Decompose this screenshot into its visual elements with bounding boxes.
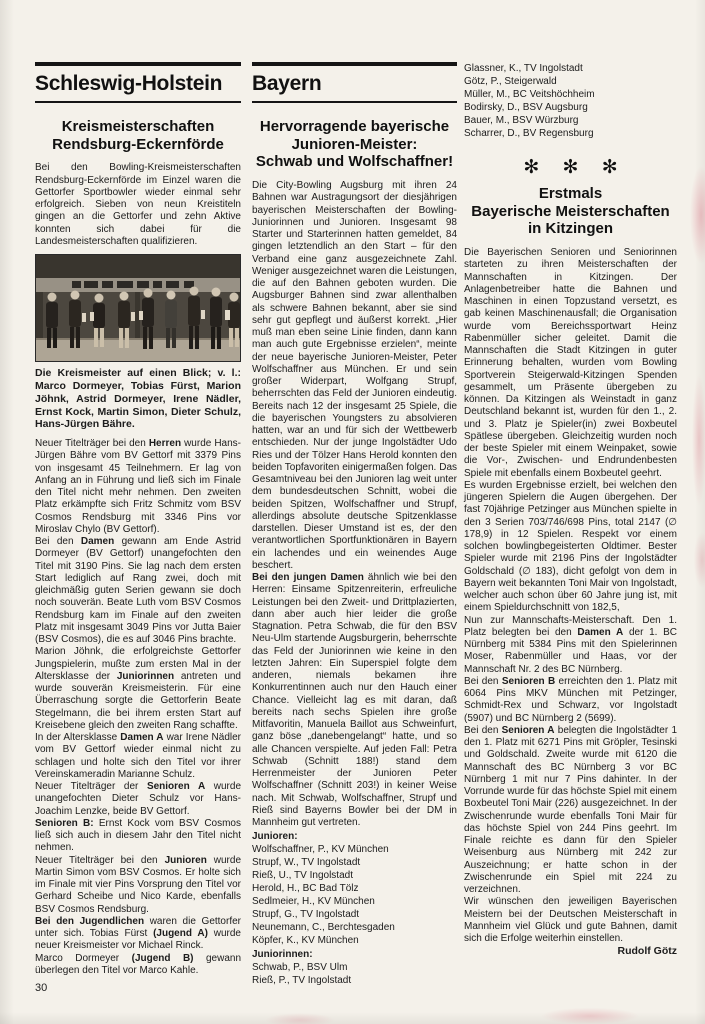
author-signature: Rudolf Götz	[464, 945, 677, 959]
magazine-page: Schleswig-Holstein KreismeisterschaftenR…	[0, 0, 705, 1024]
roster-name: Strupf, W., TV Ingolstadt	[252, 856, 457, 869]
divider-thick	[252, 62, 457, 66]
headline-line: in Kitzingen	[464, 220, 677, 238]
region-title: Schleswig-Holstein	[35, 73, 241, 95]
roster-name: Rieß, U., TV Ingolstadt	[252, 869, 457, 882]
headline-line: Junioren-Meister:	[252, 136, 457, 154]
headline-line: Bayerische Meisterschaften	[464, 203, 677, 221]
headline-line: Rendsburg-Eckernförde	[35, 136, 241, 154]
article-schleswig-holstein: Schleswig-Holstein KreismeisterschaftenR…	[35, 62, 241, 977]
roster-label-juniorinnen: Juniorinnen:	[252, 948, 457, 961]
roster-name: Bodirsky, D., BSV Augsburg	[464, 101, 677, 114]
paragraph: Bei den Senioren B erreichten den 1. Pla…	[464, 676, 677, 725]
paragraph: Bei den Bowling-Kreismeisterschaften Ren…	[35, 162, 241, 248]
roster-junioren: Wolfschaffner, P., KV MünchenStrupf, W.,…	[252, 843, 457, 947]
roster-juniorinnen: Schwab, P., BSV UlmRieß, P., TV Ingolsta…	[252, 961, 457, 987]
paragraph: Die Bayerischen Senioren und Seniorinnen…	[464, 247, 677, 480]
article-headline: ErstmalsBayerische Meisterschaftenin Kit…	[464, 185, 677, 238]
paragraph: Es wurden Ergebnisse erzielt, bei welche…	[464, 480, 677, 615]
paragraph: Bei den Damen gewann am Ende Astrid Dorm…	[35, 536, 241, 646]
roster-name: Wolfschaffner, P., KV München	[252, 843, 457, 856]
asterisk-ornament-icon: ✻ ✻ ✻	[464, 156, 677, 179]
region-header-bayern: Bayern	[252, 62, 457, 103]
paragraph: Die City-Bowling Augsburg mit ihren 24 B…	[252, 180, 457, 572]
paragraph: Neuer Titelträger bei den Junioren wurde…	[35, 855, 241, 916]
headline-line: Kreismeisterschaften	[35, 118, 241, 136]
region-title: Bayern	[252, 73, 457, 95]
roster-label-junioren: Junioren:	[252, 830, 457, 843]
roster-name: Herold, H., BC Bad Tölz	[252, 882, 457, 895]
roster-name: Strupf, G., TV Ingolstadt	[252, 908, 457, 921]
paragraph: Neuer Titelträger der Senioren A wurde u…	[35, 781, 241, 818]
paragraph: Senioren B: Ernst Kock vom BSV Cosmos li…	[35, 818, 241, 855]
divider-thick	[35, 62, 241, 66]
page-number: 30	[35, 982, 47, 994]
roster-name: Sedlmeier, H., KV München	[252, 895, 457, 908]
prizewinners-photo	[35, 254, 241, 362]
headline-line: Hervorragende bayerische	[252, 118, 457, 136]
roster-name: Köpfer, K., KV München	[252, 934, 457, 947]
paragraph: Wir wünschen den jeweiligen Bayerischen …	[464, 896, 677, 945]
photo-illustration	[36, 255, 241, 362]
paragraph: Marion Jöhnk, die erfolgreichste Gettorf…	[35, 646, 241, 732]
paragraph: In der Altersklasse Damen A war Irene Nä…	[35, 732, 241, 781]
roster-name: Neunemann, C., Berchtesgaden	[252, 921, 457, 934]
roster-name: Glassner, K., TV Ingolstadt	[464, 62, 677, 75]
roster-continued: Glassner, K., TV IngolstadtGötz, P., Ste…	[464, 62, 677, 140]
roster-name: Götz, P., Steigerwald	[464, 75, 677, 88]
roster-name: Bauer, M., BSV Würzburg	[464, 114, 677, 127]
region-header-schleswig-holstein: Schleswig-Holstein	[35, 62, 241, 103]
roster-name: Rieß, P., TV Ingolstadt	[252, 974, 457, 987]
article-bayern-junioren: Bayern Hervorragende bayerischeJunioren-…	[252, 62, 457, 987]
paragraph: Nun zur Mannschafts-Meisterschaft. Den 1…	[464, 615, 677, 676]
roster-name: Schwab, P., BSV Ulm	[252, 961, 457, 974]
roster-name: Scharrer, D., BV Regensburg	[464, 127, 677, 140]
headline-line: Schwab und Wolfschaffner!	[252, 153, 457, 171]
headline-line: Erstmals	[464, 185, 677, 203]
paragraph: Bei den Jugendlichen waren die Gettorfer…	[35, 916, 241, 953]
divider-thin	[252, 101, 457, 103]
article-bayern-kitzingen: Glassner, K., TV IngolstadtGötz, P., Ste…	[464, 62, 677, 959]
paragraph: Bei den jungen Damen ähnlich wie bei den…	[252, 572, 457, 829]
divider-thin	[35, 101, 241, 103]
paragraph: Bei den Senioren A belegten die Ingolstä…	[464, 725, 677, 897]
article-headline: Hervorragende bayerischeJunioren-Meister…	[252, 118, 457, 171]
paragraph: Marco Dormeyer (Jugend B) gewann überleg…	[35, 953, 241, 978]
paragraph: Neuer Titelträger bei den Herren wurde H…	[35, 438, 241, 536]
article-headline: KreismeisterschaftenRendsburg-Eckernförd…	[35, 118, 241, 153]
photo-caption: Die Kreismeister auf einen Blick; v. l.:…	[35, 367, 241, 431]
roster-name: Müller, M., BC Veitshöchheim	[464, 88, 677, 101]
